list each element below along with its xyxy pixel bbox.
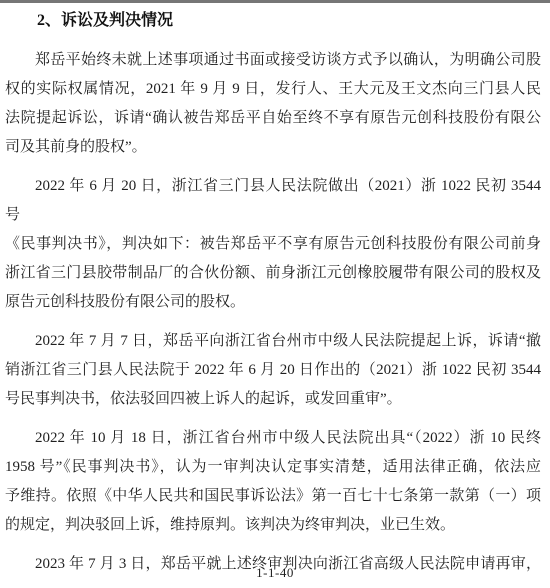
section-heading: 2、诉讼及判决情况 [5, 6, 541, 36]
text-line: 2022 年 10 月 18 日，浙江省台州市中级人民法院出具“（2022）浙 … [5, 424, 541, 453]
page-top-border [0, 0, 550, 3]
page-number: 1-1-40 [0, 565, 550, 581]
text-line: 2022 年 6 月 20 日，浙江省三门县人民法院做出（2021）浙 1022… [5, 172, 541, 230]
paragraph-3: 2022 年 7 月 7 日，郑岳平向浙江省台州市中级人民法院提起上诉，诉请“撤… [5, 327, 541, 414]
text-line: 原告元创科技股份有限公司的股权。 [5, 288, 541, 317]
text-line: 2022 年 7 月 7 日，郑岳平向浙江省台州市中级人民法院提起上诉，诉请“撤 [5, 327, 541, 356]
text-line: 权的实际权属情况，2021 年 9 月 9 日，发行人、王大元及王文杰向三门县人… [5, 75, 541, 104]
paragraph-4: 2022 年 10 月 18 日，浙江省台州市中级人民法院出具“（2022）浙 … [5, 424, 541, 540]
text-line: 号民事判决书，依法驳回四被上诉人的起诉，或发回重审”。 [5, 385, 541, 414]
text-line: 的规定，判决驳回上诉，维持原判。该判决为终审判决，业已生效。 [5, 511, 541, 540]
paragraph-1: 郑岳平始终未就上述事项通过书面或接受访谈方式予以确认，为明确公司股 权的实际权属… [5, 46, 541, 162]
text-line: 1958 号”《民事判决书》，认为一审判决认定事实清楚，适用法律正确，依法应 [5, 453, 541, 482]
text-line: 销浙江省三门县人民法院于 2022 年 6 月 20 日作出的（2021）浙 1… [5, 356, 541, 385]
document-content: 2、诉讼及判决情况 郑岳平始终未就上述事项通过书面或接受访谈方式予以确认，为明确… [0, 0, 550, 579]
document-page: 2、诉讼及判决情况 郑岳平始终未就上述事项通过书面或接受访谈方式予以确认，为明确… [0, 0, 550, 588]
text-line: 浙江省三门县胶带制品厂的合伙份额、前身浙江元创橡胶履带有限公司的股权及 [5, 259, 541, 288]
paragraph-2: 2022 年 6 月 20 日，浙江省三门县人民法院做出（2021）浙 1022… [5, 172, 541, 317]
text-line: 司及其前身的股权”。 [5, 133, 541, 162]
text-line: 法院提起诉讼，诉请“确认被告郑岳平自始至终不享有原告元创科技股份有限公 [5, 104, 541, 133]
text-line: 予维持。依照《中华人民共和国民事诉讼法》第一百七十七条第一款第（一）项 [5, 482, 541, 511]
text-line: 郑岳平始终未就上述事项通过书面或接受访谈方式予以确认，为明确公司股 [5, 46, 541, 75]
text-line: 《民事判决书》，判决如下：被告郑岳平不享有原告元创科技股份有限公司前身 [5, 230, 541, 259]
